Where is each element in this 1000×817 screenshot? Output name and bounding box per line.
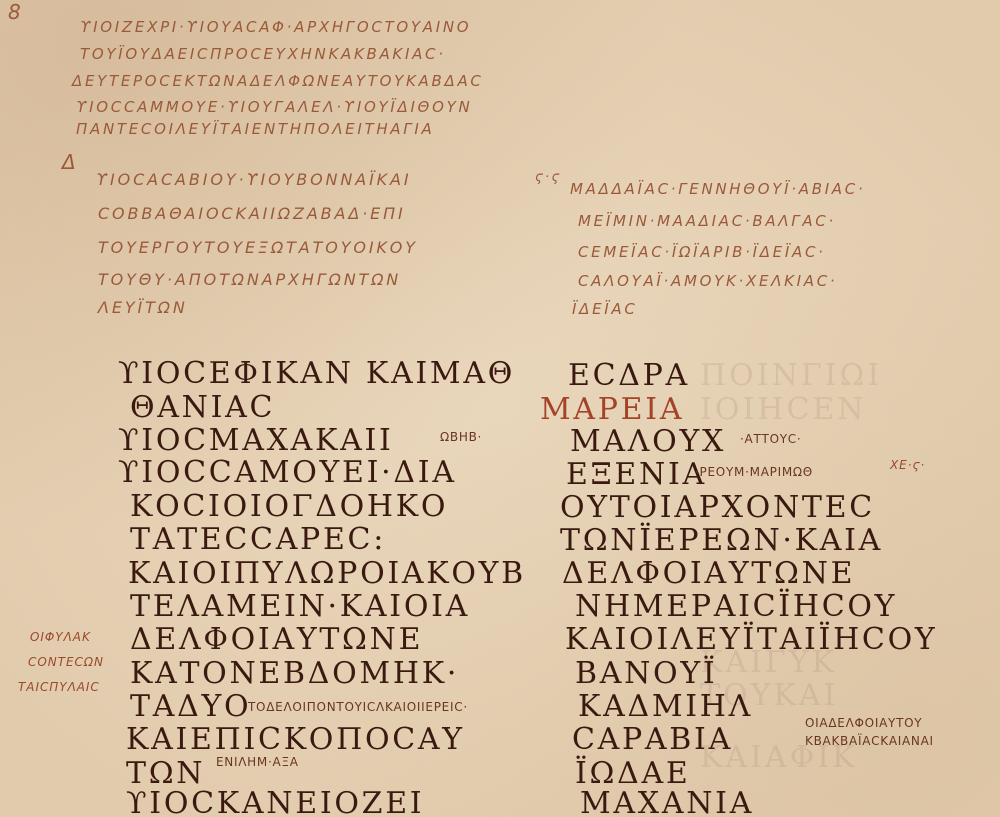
show-through-text: ΙΟΙΗCΕΝ bbox=[700, 392, 867, 427]
right-block-line: ΜΕΪΜΙΝ·ΜΑΑΔΙΑC·ΒΑΛΓΑC· bbox=[578, 212, 836, 230]
right-block-line: CΕΜΕΪΑC·ΪΩΪΑΡΙΒ·ΪΔΕΪΑC· bbox=[578, 243, 826, 261]
left-block-line: ΛΕΥΪΤΩΝ bbox=[98, 298, 188, 317]
interlinear-note: ·ΑΤΤΟΥC· bbox=[740, 432, 801, 446]
right-column-line: ΚΑΙΟΙΛΕΥΪΤΑΙΪΗCΟΥ bbox=[565, 622, 937, 657]
left-column-line: ΤΑΔΥΟ bbox=[130, 689, 251, 724]
right-column-line: ΤΩΝΪΕΡΕΩΝ·ΚΑΙΑ bbox=[560, 523, 883, 558]
right-column-line: CΑΡΑΒΙΑ bbox=[572, 722, 733, 757]
left-block-line: ΤΟΥΘΥ·ΑΠΟΤΩΝΑΡΧΗΓΩΝΤΩΝ bbox=[98, 270, 401, 289]
right-block-line: ΜΑΔΔΑΪΑC·ΓΕΝΝΗΘΟΥΪ·ΑΒΙΑC· bbox=[570, 180, 865, 198]
right-column-line: ΕΞΕΝΙΑ bbox=[566, 457, 707, 492]
top-block-line: ΠΑΝΤΕCΟΙΛΕΥΪΤΑΙΕΝΤΗΠΟΛΕΙΤΗΑΓΙΑ bbox=[76, 120, 434, 138]
right-column-line: ΕCΔΡΑ bbox=[568, 358, 690, 393]
section-marker: 8 bbox=[8, 0, 24, 24]
interlinear-note: ΩΒΗΒ· bbox=[440, 430, 482, 444]
left-column-line: ΔΕΛΦΟΙΑΥΤΩΝΕ bbox=[130, 622, 423, 657]
top-block-line: ϒΙΟΙΖΕΧΡΙ·ϒΙΟΥΑCΑΦ·ΑΡΧΗΓΟCΤΟΥΑΙΝΟ bbox=[80, 18, 471, 36]
right-column-line: ΝΗΜΕΡΑΙCΪΗCΟΥ bbox=[575, 589, 897, 624]
right-block-line: CΑΛΟΥΑΪ·ΑΜΟΥΚ·ΧΕΛΚΙΑC· bbox=[578, 272, 837, 290]
margin-note: ΟΙΦΥΛΑΚ bbox=[30, 630, 91, 644]
right-column-line: ΟΥΤΟΙΑΡΧΟΝΤΕC bbox=[560, 490, 875, 525]
interlinear-note: ΕΝΙΛΗΜ·ΑΞΑ bbox=[216, 755, 299, 769]
section-marker: ϛ·ϛ bbox=[535, 170, 561, 185]
top-block-line: ΤΟΥΪΟΥΔΑΕΙCΠΡΟCΕΥΧΗΝΚΑΚΒΑΚΙΑC· bbox=[80, 45, 446, 63]
margin-note: ΟΙΑΔΕΛΦΟΙΑΥΤΟΥ ΚΒΑΚΒΑΪΑCΚΑΙΑΝΑΙ bbox=[805, 714, 995, 750]
left-block-line: ϒΙΟCΑCΑΒΙΟΥ·ϒΙΟΥΒΟΝΝΑΪΚΑΙ bbox=[96, 170, 411, 189]
right-block-line: ΪΔΕΪΑC bbox=[572, 300, 638, 318]
right-column-line: ΜΑΧΑΝΙΑ bbox=[580, 786, 754, 817]
left-column-line: ΚΑΙΟΙΠΥΛΩΡΟΙΑΚΟΥΒ bbox=[128, 556, 526, 591]
top-block-line: ΔΕΥΤΕΡΟCΕΚΤΩΝΑΔΕΛΦΩΝΕΑΥΤΟΥΚΑΒΔΑC bbox=[72, 72, 484, 90]
right-column-line: ΜΑΛΟΥΧ bbox=[570, 424, 726, 459]
right-column-line: ΔΕΛΦΟΙΑΥΤΩΝΕ bbox=[562, 556, 855, 591]
left-column-line: ΚΑΤΟΝΕΒΔΟΜΗΚ· bbox=[130, 656, 459, 691]
show-through-text: ΠΟΙΝΓΙΩΙ bbox=[700, 358, 882, 393]
section-marker: Δ bbox=[62, 150, 79, 174]
left-column-line: ϒΙΟCΕΦΙΚΑΝ ΚΑΙΜΑΘ bbox=[118, 356, 515, 391]
margin-note: ΧΕ·ϛ· bbox=[890, 458, 925, 472]
left-block-line: ΤΟΥΕΡΓΟΥΤΟΥΕΞΩΤΑΤΟΥΟΙΚΟΥ bbox=[98, 238, 418, 257]
margin-note: ΤΑΙCΠΥΛΑΙC bbox=[18, 680, 100, 694]
right-column-line: ΚΑΔΜΙΗΛ bbox=[578, 689, 753, 724]
interlinear-note: ·ΡΕΟΥΜ·ΜΑΡΙΜΩΘ bbox=[695, 465, 813, 479]
left-column-line: ΤΑΤΕCCΑΡΕC: bbox=[130, 522, 386, 557]
left-column-line: ΘΑΝΙΑC bbox=[130, 390, 275, 425]
left-column-line: ϒΙΟCΜΑΧΑΚΑΙΙ bbox=[118, 423, 394, 458]
right-column-line: ΒΑΝΟΥΪ bbox=[575, 656, 717, 691]
left-column-line: ϒΙΟCΚΑΝΕΙΟΖΕΙ bbox=[126, 786, 424, 817]
margin-note: CΟΝΤΕCΩΝ bbox=[28, 655, 104, 669]
left-block-line: CΟΒΒΑΘΑΙΟCΚΑΙΙΩΖΑΒΑΔ·ΕΠΙ bbox=[98, 204, 406, 223]
right-column-line: ΜΑΡΕΙΑ bbox=[540, 392, 684, 427]
interlinear-note: ΤΟΔΕΛΟΙΠΟΝΤΟΥΙCΛΚΑΙΟΙΙΕΡΕΙC· bbox=[248, 700, 468, 714]
left-column-line: ΚΑΙΕΠΙCΚΟΠΟCΑΥ bbox=[126, 722, 465, 757]
left-column-line: ΚΟCΙΟΙΟΓΔΟΗΚΟ bbox=[130, 489, 448, 524]
left-column-line: ΤΕΛΑΜΕΙΝ·ΚΑΙΟΙΑ bbox=[130, 589, 470, 624]
left-column-line: ϒΙΟCCΑΜΟΥΕΙ·ΔΙΑ bbox=[118, 455, 457, 490]
top-block-line: ϒΙΟCCΑΜΜΟΥΕ·ϒΙΟΥΓΑΛΕΛ·ϒΙΟΥΪΔΙΘΟΥΝ bbox=[76, 98, 472, 116]
